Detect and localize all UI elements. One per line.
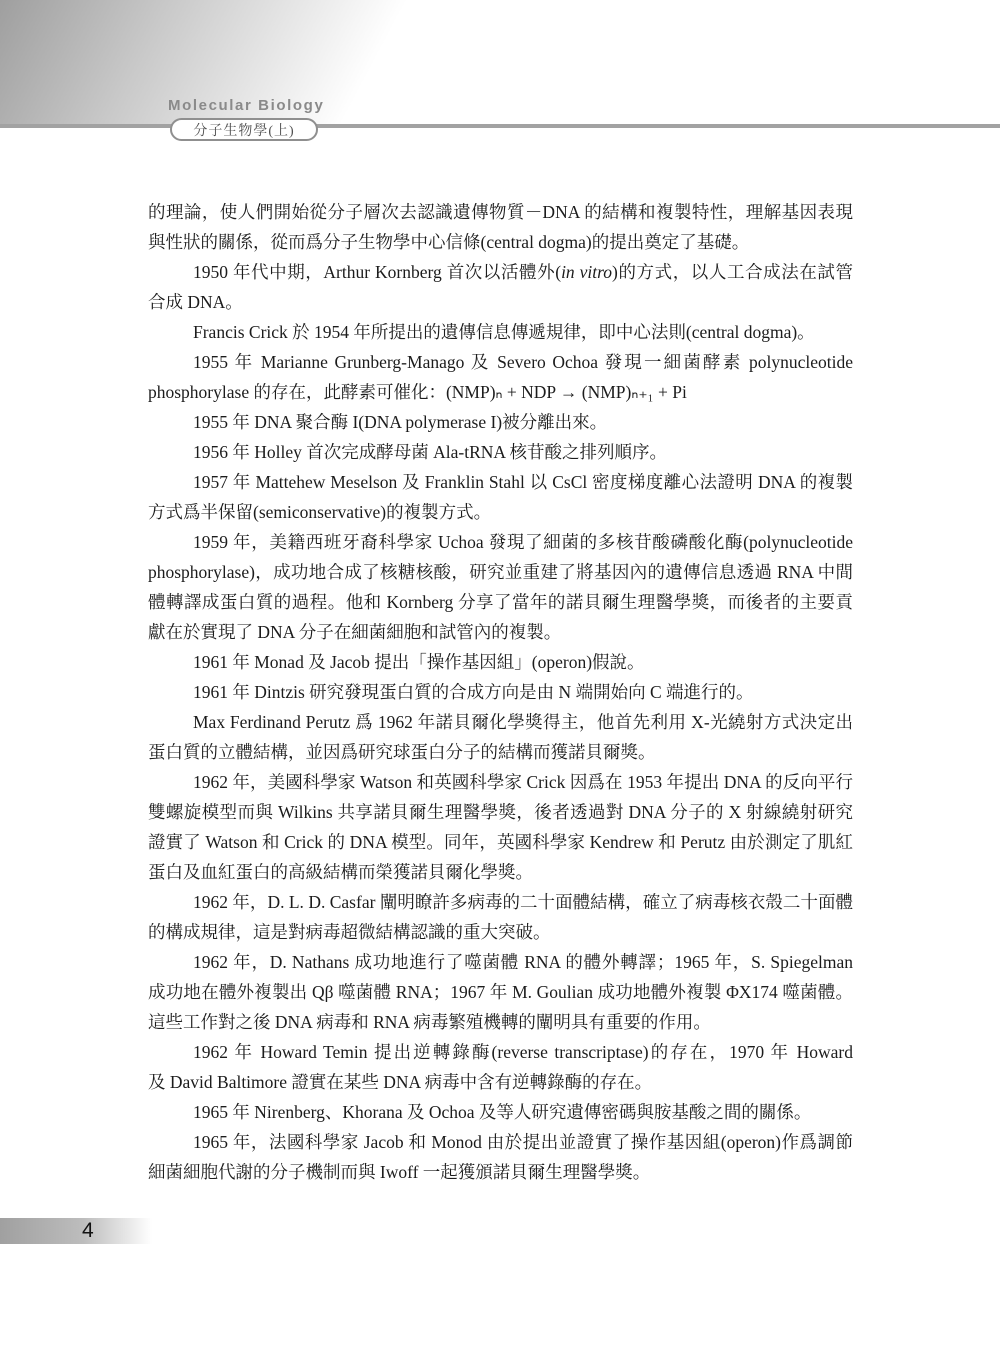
text-line: 的構成規律，這是對病毒超微結構認識的重大突破。 [148, 917, 853, 947]
text-line: Max Ferdinand Perutz 爲 1962 年諾貝爾化學獎得主，他首… [148, 707, 853, 737]
text-line: 1961 年 Monad 及 Jacob 提出「操作基因組」(operon)假說… [148, 647, 853, 677]
text-segment: 1950 年代中期，Arthur Kornberg 首次以活體外( [193, 262, 561, 282]
text-segment: 成功地在體外複製出 Qβ 噬菌體 RNA；1967 年 M. Goulian 成… [148, 982, 853, 1002]
text-line: 證實了 Watson 和 Crick 的 DNA 模型。同年，英國科學家 Ken… [148, 827, 853, 857]
page-number: 4 [82, 1217, 94, 1244]
book-title-tab: 分子生物學(上) [170, 118, 318, 141]
text-segment: 1957 年 Mattehew Meselson 及 Franklin Stah… [193, 472, 853, 492]
text-line: 及 David Baltimore 證實在某些 DNA 病毒中含有逆轉錄酶的存在… [148, 1067, 853, 1097]
book-page: Molecular Biology 分子生物學(上) 的理論，使人們開始從分子層… [0, 0, 1000, 1353]
text-line: 細菌細胞代謝的分子機制而與 Iwoff 一起獲頒諾貝爾生理醫學獎。 [148, 1157, 853, 1187]
series-title: Molecular Biology [168, 97, 324, 114]
text-segment: 雙螺旋模型而與 Wilkins 共享諾貝爾生理醫學獎，後者透過對 DNA 分子的… [148, 802, 853, 822]
text-segment: 獻在於實現了 DNA 分子在細菌細胞和試管內的複製。 [148, 622, 561, 642]
text-segment: 1959 年，美籍西班牙裔科學家 Uchoa 發現了細菌的多核苷酸磷酸化酶(po… [193, 532, 853, 552]
text-line: 1962 年，D. L. D. Casfar 闡明瞭許多病毒的二十面體結構，確立… [148, 887, 853, 917]
text-segment: phosphorylase 的存在，此酵素可催化：(NMP)ₙ + NDP → … [148, 382, 687, 402]
text-line: 蛋白及血紅蛋白的高級結構而榮獲諾貝爾化學獎。 [148, 857, 853, 887]
text-segment: 蛋白質的立體結構，並因爲研究球蛋白分子的結構而獲諾貝爾獎。 [148, 742, 656, 762]
text-segment: Francis Crick 於 1954 年所提出的遺傳信息傳遞規律，即中心法則… [193, 322, 815, 342]
text-segment: 細菌細胞代謝的分子機制而與 Iwoff 一起獲頒諾貝爾生理醫學獎。 [148, 1162, 650, 1182]
text-segment: 1965 年 Nirenberg、Khorana 及 Ochoa 及等人研究遺傳… [193, 1102, 811, 1122]
text-segment: 及 David Baltimore 證實在某些 DNA 病毒中含有逆轉錄酶的存在… [148, 1072, 652, 1092]
header-divider-line [0, 124, 1000, 128]
text-line: phosphorylase)，成功地合成了核糖核酸，研究並重建了將基因內的遺傳信… [148, 557, 853, 587]
page-number-bar [0, 1218, 152, 1244]
italic-text-segment: in vitro [561, 262, 612, 282]
book-title-label: 分子生物學(上) [193, 120, 294, 140]
text-segment: 1962 年，美國科學家 Watson 和英國科學家 Crick 因爲在 195… [193, 772, 853, 792]
text-segment: 的理論，使人們開始從分子層次去認識遺傳物質－DNA 的結構和複製特性，理解基因表… [148, 202, 853, 222]
text-segment: 合成 DNA。 [148, 292, 243, 312]
text-line: 1961 年 Dintzis 研究發現蛋白質的合成方向是由 N 端開始向 C 端… [148, 677, 853, 707]
text-segment: 1956 年 Holley 首次完成酵母菌 Ala-tRNA 核苷酸之排列順序。 [193, 442, 667, 462]
text-segment: 的構成規律，這是對病毒超微結構認識的重大突破。 [148, 922, 551, 942]
text-segment: 1955 年 Marianne Grunberg-Manago 及 Severo… [193, 352, 853, 372]
text-segment: 與性狀的關係，從而爲分子生物學中心信條(central dogma)的提出奠定了… [148, 232, 749, 252]
text-segment: 1961 年 Monad 及 Jacob 提出「操作基因組」(operon)假說… [193, 652, 645, 672]
text-segment: 1962 年 Howard Temin 提出逆轉錄酶(reverse trans… [193, 1042, 853, 1067]
text-segment: phosphorylase)，成功地合成了核糖核酸，研究並重建了將基因內的遺傳信… [148, 562, 853, 582]
body-text: 的理論，使人們開始從分子層次去認識遺傳物質－DNA 的結構和複製特性，理解基因表… [148, 197, 853, 1187]
text-segment: 1962 年，D. Nathans 成功地進行了噬菌體 RNA 的體外轉譯；19… [193, 952, 853, 972]
text-line: 成功地在體外複製出 Qβ 噬菌體 RNA；1967 年 M. Goulian 成… [148, 977, 853, 1007]
text-segment: 這些工作對之後 DNA 病毒和 RNA 病毒繁殖機轉的闡明具有重要的作用。 [148, 1012, 711, 1032]
text-segment: 1962 年，D. L. D. Casfar 闡明瞭許多病毒的二十面體結構，確立… [193, 892, 853, 912]
text-line: Francis Crick 於 1954 年所提出的遺傳信息傳遞規律，即中心法則… [148, 317, 853, 347]
text-segment: 1955 年 DNA 聚合酶 I(DNA polymerase I)被分離出來。 [193, 412, 607, 432]
text-segment: Max Ferdinand Perutz 爲 1962 年諾貝爾化學獎得主，他首… [193, 712, 853, 732]
text-segment: 1965 年，法國科學家 Jacob 和 Monod 由於提出並證實了操作基因組… [193, 1132, 853, 1152]
text-line: 的理論，使人們開始從分子層次去認識遺傳物質－DNA 的結構和複製特性，理解基因表… [148, 197, 853, 227]
text-line: 雙螺旋模型而與 Wilkins 共享諾貝爾生理醫學獎，後者透過對 DNA 分子的… [148, 797, 853, 827]
text-line: phosphorylase 的存在，此酵素可催化：(NMP)ₙ + NDP → … [148, 377, 853, 407]
text-segment: 證實了 Watson 和 Crick 的 DNA 模型。同年，英國科學家 Ken… [148, 832, 853, 852]
text-line: 1959 年，美籍西班牙裔科學家 Uchoa 發現了細菌的多核苷酸磷酸化酶(po… [148, 527, 853, 557]
text-line: 與性狀的關係，從而爲分子生物學中心信條(central dogma)的提出奠定了… [148, 227, 853, 257]
text-line: 1950 年代中期，Arthur Kornberg 首次以活體外(in vitr… [148, 257, 853, 287]
text-line: 1957 年 Mattehew Meselson 及 Franklin Stah… [148, 467, 853, 497]
text-line: 這些工作對之後 DNA 病毒和 RNA 病毒繁殖機轉的闡明具有重要的作用。 [148, 1007, 853, 1037]
text-line: 1962 年，D. Nathans 成功地進行了噬菌體 RNA 的體外轉譯；19… [148, 947, 853, 977]
text-line: 蛋白質的立體結構，並因爲研究球蛋白分子的結構而獲諾貝爾獎。 [148, 737, 853, 767]
text-line: 1962 年，美國科學家 Watson 和英國科學家 Crick 因爲在 195… [148, 767, 853, 797]
text-segment: 體轉譯成蛋白質的過程。他和 Kornberg 分享了當年的諾貝爾生理醫學獎，而後… [148, 592, 853, 612]
text-segment: 方式爲半保留(semiconservative)的複製方式。 [148, 502, 491, 522]
text-line: 1955 年 Marianne Grunberg-Manago 及 Severo… [148, 347, 853, 377]
text-segment: 1961 年 Dintzis 研究發現蛋白質的合成方向是由 N 端開始向 C 端… [193, 682, 754, 702]
text-line: 方式爲半保留(semiconservative)的複製方式。 [148, 497, 853, 527]
text-segment: 蛋白及血紅蛋白的高級結構而榮獲諾貝爾化學獎。 [148, 862, 533, 882]
text-line: 1956 年 Holley 首次完成酵母菌 Ala-tRNA 核苷酸之排列順序。 [148, 437, 853, 467]
text-line: 1965 年 Nirenberg、Khorana 及 Ochoa 及等人研究遺傳… [148, 1097, 853, 1127]
text-line: 1962 年 Howard Temin 提出逆轉錄酶(reverse trans… [148, 1037, 853, 1067]
text-line: 獻在於實現了 DNA 分子在細菌細胞和試管內的複製。 [148, 617, 853, 647]
text-line: 合成 DNA。 [148, 287, 853, 317]
text-line: 體轉譯成蛋白質的過程。他和 Kornberg 分享了當年的諾貝爾生理醫學獎，而後… [148, 587, 853, 617]
text-line: 1965 年，法國科學家 Jacob 和 Monod 由於提出並證實了操作基因組… [148, 1127, 853, 1157]
text-line: 1955 年 DNA 聚合酶 I(DNA polymerase I)被分離出來。 [148, 407, 853, 437]
